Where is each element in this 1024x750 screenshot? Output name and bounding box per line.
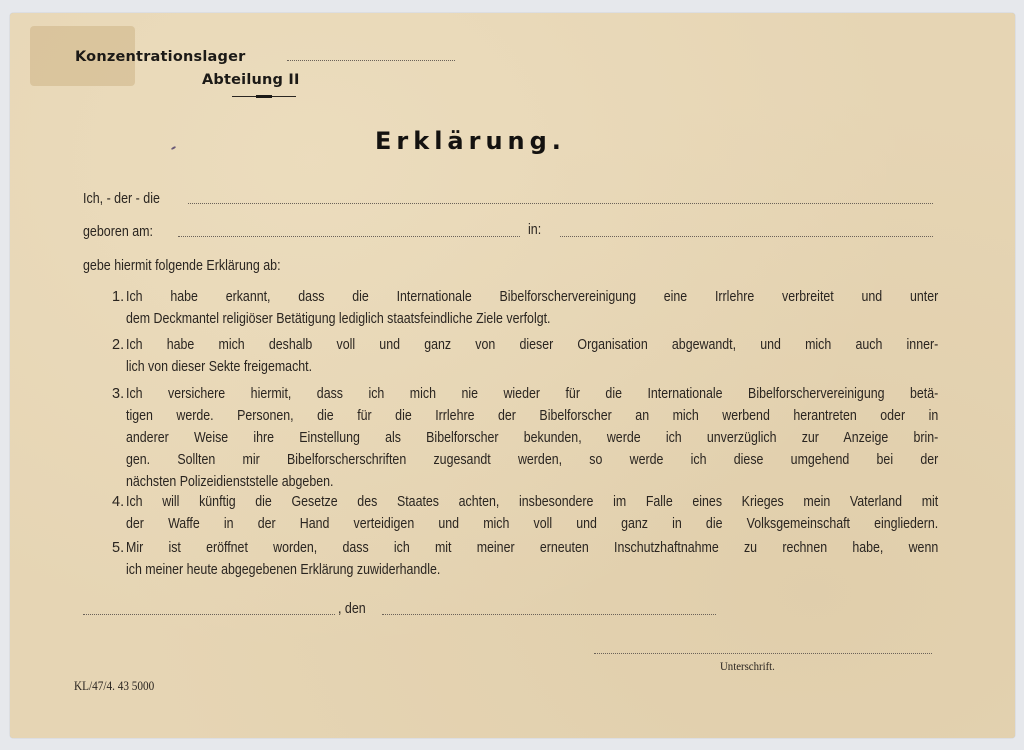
form-code: KL/47/4. 43 5000 — [74, 679, 154, 694]
item-line: lich von dieser Sekte freigemacht. — [126, 359, 938, 375]
item-line: gen. Sollten mir Bibelforscherschriften … — [126, 452, 938, 468]
item-line: ich meiner heute abgegebenen Erklärung z… — [126, 562, 938, 578]
item-line: Ich habe erkannt, dass die International… — [126, 289, 938, 305]
item-line: dem Deckmantel religiöser Betätigung led… — [126, 311, 938, 327]
name-field[interactable] — [188, 203, 933, 204]
place-field[interactable] — [83, 614, 335, 615]
item-line: Ich will künftig die Gesetze des Staates… — [126, 494, 938, 510]
department-label: Abteilung II — [202, 72, 300, 88]
item-line: der Waffe in der Hand verteidigen und mi… — [126, 516, 938, 532]
birth-date-label: geboren am: — [83, 224, 153, 240]
intro-text: gebe hiermit folgende Erklärung ab: — [83, 258, 281, 274]
item-line: Mir ist eröffnet worden, dass ich mit me… — [126, 540, 938, 556]
item-line: anderer Weise ihre Einstellung als Bibel… — [126, 430, 938, 446]
camp-label: Konzentrationslager — [75, 49, 245, 65]
ornament-divider — [232, 95, 296, 98]
document-paper — [10, 13, 1015, 738]
item-number: 4. — [112, 494, 124, 510]
birth-date-field[interactable] — [178, 236, 520, 237]
item-number: 5. — [112, 540, 124, 556]
item-line: Ich versichere hiermit, dass ich mich ni… — [126, 386, 938, 402]
item-number: 3. — [112, 386, 124, 402]
item-line: tigen werde. Personen, die für die Irrle… — [126, 408, 938, 424]
date-label: , den — [338, 601, 366, 617]
item-number: 1. — [112, 289, 124, 305]
item-line: nächsten Polizeidienststelle abgeben. — [126, 474, 938, 490]
camp-name-field[interactable] — [287, 60, 455, 61]
name-label: Ich, - der - die — [83, 191, 160, 207]
date-field[interactable] — [382, 614, 716, 615]
birth-place-label: in: — [528, 222, 541, 238]
item-number: 2. — [112, 337, 124, 353]
item-line: Ich habe mich deshalb voll und ganz von … — [126, 337, 938, 353]
signature-field[interactable] — [594, 653, 932, 654]
birth-place-field[interactable] — [560, 236, 933, 237]
signature-label: Unterschrift. — [720, 659, 775, 674]
document-title: Erklärung. — [375, 127, 566, 155]
